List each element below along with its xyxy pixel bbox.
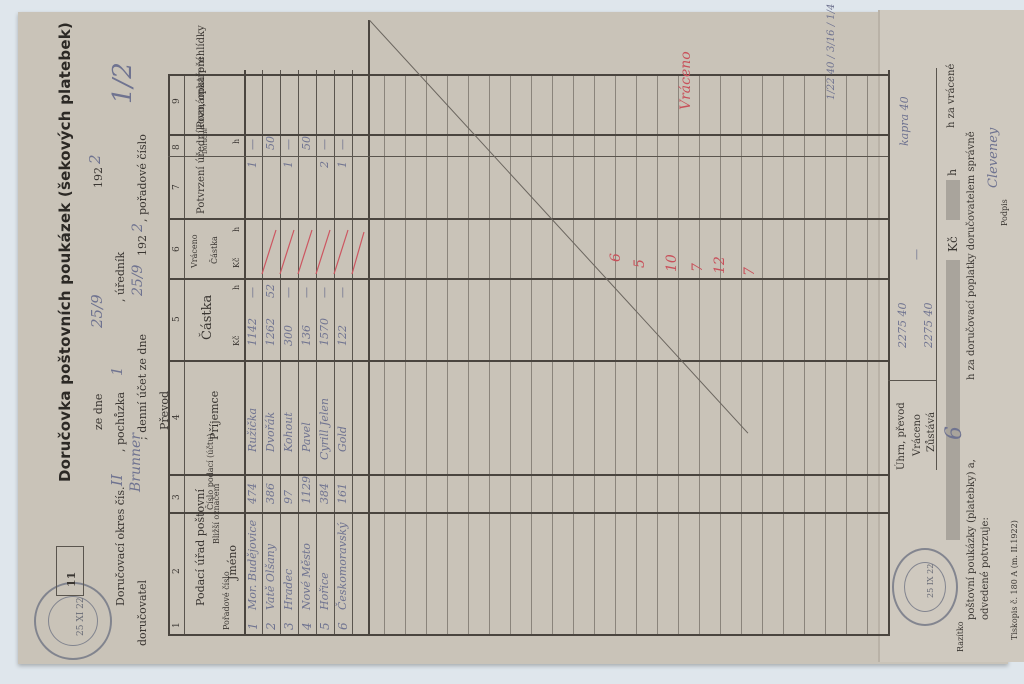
row-5-office: Hořice [318,572,331,610]
col-1-sep [168,634,888,636]
grid-line [783,74,784,634]
row-1-amount-h: — [246,287,259,298]
col-5-sub-h: h [232,285,241,290]
margin-notes: 1/22 40 / 3/16 / 1/4 [826,4,837,100]
year-value: 2 [86,154,104,164]
postmark-stamp-right: 25 IX 22 [892,548,958,626]
grid-line [489,74,490,634]
row-5-num: 5 [318,622,332,630]
row-6-amount-h: — [336,287,349,298]
denni-ucet-label: ; denní účet ze dne [136,334,149,440]
col-7-sep [168,156,888,157]
row-2-recipient: Dvořák [264,412,277,452]
col-2-num: 2 [172,568,182,574]
form-title: Doručovka poštovních poukázek (šekových … [56,22,74,482]
grid-line [468,74,469,634]
ze-dne-label: ze dne [92,394,105,430]
col-9-num: 9 [172,98,182,104]
row-3-amount: 300 [282,325,295,346]
row-2-acct: 386 [264,483,277,504]
red-strike-marks [258,226,368,276]
grid-line [804,74,805,634]
red-note-1: 6 [608,253,624,262]
grid-line [846,74,847,634]
denni-ucet-value: 25/9 [130,265,146,296]
summary-label-sep [888,380,936,381]
summary-kc-value: 6 [942,426,967,440]
row-line-5 [334,70,335,636]
col-3-label: Číslo podací (účtu) [206,434,215,510]
col-5-sep [168,278,888,280]
poradove-label: , pořadové číslo [136,134,149,222]
vraceno-value: — [910,249,923,260]
grid-line [636,74,637,634]
uhrn-label: Úhrn, převod [896,402,907,470]
row-4-office: Nové Město [300,543,313,610]
col-3-sep [168,474,888,476]
denni-year-value: 2 [130,223,146,232]
col-2-sub-jmeno: Jméno [226,545,239,580]
vraceno-label: Vráceno [912,414,923,456]
grid-line [615,74,616,634]
row-5-fee: 2 [318,161,331,168]
row-5-amount: 1570 [318,318,331,346]
okres-value: II [108,474,126,486]
col-3-num: 3 [172,494,182,500]
row-line-1 [262,70,263,636]
row-4-amount-h: — [300,287,313,298]
stamp-caption: Razítko [956,621,965,652]
col-8-sub-h: h [232,139,241,144]
row-1-fee: 1 [246,161,259,168]
summary-left-border [888,70,890,636]
summary-fee-label: kapra 40 [898,96,911,146]
row-6-amount: 122 [336,325,349,346]
row-line-3 [298,70,299,636]
col-9-label: Poznámka přehlídky [196,25,207,128]
row-5-amount-h: — [318,287,331,298]
statement-2: poštovní poukázky (platebky) a, [966,459,977,620]
row-4-recipient: Pavel [300,422,313,452]
statement-4: odvedené potvrzuje: [980,517,991,620]
row-3-num: 3 [282,622,296,630]
row-line-2 [280,70,281,636]
row-4-acct: 1129 [300,476,313,504]
col-5-num: 5 [172,316,182,322]
row-3-fee-h: — [282,139,295,150]
box-mark: 11 [56,546,84,596]
summary-kc-label: Kč [946,236,960,252]
poradove-value: 1/2 [108,62,138,104]
dorucovatel-value: Brunner [128,433,144,492]
col-6-sub-label: Částka [210,236,219,264]
grid-line [510,74,511,634]
row-4-fee-h: 50 [300,136,313,150]
row-1-amount: 1142 [246,318,259,346]
grid-line [426,74,427,634]
print-code: Tiskopis č. 180 A (m. II.1922) [1010,520,1019,640]
row-4-amount: 136 [300,325,313,346]
row-line-4 [316,70,317,636]
grid-line [678,74,679,634]
row-1-fee-h: — [246,139,259,150]
red-note-6: 7 [742,267,758,276]
col-6-sub-h: h [232,227,241,232]
red-note-4: 7 [690,263,706,272]
col-5-label: Částka [200,295,215,340]
row-line-6 [352,70,353,636]
row-6-fee-h: — [336,139,349,150]
col-8-num: 8 [172,144,182,150]
signature-label: Podpis [1000,199,1009,226]
row-1-recipient: Ružička [246,408,259,452]
row-6-recipient: Gold [336,426,349,452]
col-1-num: 1 [172,622,182,628]
row-1-office: Mor. Budějovice [246,520,259,610]
row-2-num: 2 [264,622,278,630]
denni-year-label: 192 [136,235,149,256]
red-note-vraceno: Vráceno [678,51,694,110]
col-4-top-prevod: Převod [158,391,171,430]
okres-label: Doručovací okres čís. [114,486,127,606]
row-5-acct: 384 [318,483,331,504]
row-6-num: 6 [336,622,350,630]
summary-inner-border [936,68,937,470]
grid-line [405,74,406,634]
grid-line [384,74,385,634]
red-note-2: 5 [632,259,648,268]
grid-line [762,74,763,634]
col-6-sub-kc: Kč [232,258,241,268]
row-6-office: Českomoravský [336,523,349,610]
col-6-sep [168,218,888,220]
col-4-num: 4 [172,414,182,420]
red-note-5: 12 [712,256,728,274]
summary-h-label: h [946,169,959,176]
col-1-label: Pořadové číslo [222,571,231,630]
shaded-box-kc [946,260,960,540]
pochuzka-value: 1 [108,366,126,376]
col-9-top [168,74,888,76]
uhrn-value: 2275 40 [896,303,909,349]
row-5-recipient: Cyrill Jelen [318,398,331,460]
grid-line [741,74,742,634]
grid-line [699,74,700,634]
dorucovatel-label: doručovatel [136,580,149,646]
col-4-sep [168,360,888,362]
row-1-num: 1 [246,622,260,630]
zustava-value: 2275 40 [922,303,935,349]
row-2-office: Vatě Olšany [264,544,277,610]
statement-3: h za doručovací poplatky doručovatelem s… [966,131,977,380]
grid-line [657,74,658,634]
statement-1: h za vrácené [946,64,957,128]
row-3-recipient: Kohout [282,412,295,452]
col-2-sep [168,512,888,514]
grid-line [573,74,574,634]
col-4-label: Příjemce [208,391,221,440]
ze-dne-value: 25/9 [88,294,106,328]
year-label: 192 [92,167,105,188]
grid-line [720,74,721,634]
urednik-label: , úředník [114,252,127,302]
row-3-office: Hradec [282,569,295,610]
red-note-3: 10 [664,254,680,272]
signature-value: Cleveney [986,128,1001,188]
row-4-num: 4 [300,622,314,630]
postal-form-paper [18,12,1008,664]
grid-line [552,74,553,634]
pochuzka-label: , pochůzka [114,392,127,452]
row-1-acct: 474 [246,483,259,504]
grid-line [447,74,448,634]
col-7-num: 7 [172,184,182,190]
shaded-box-h [946,180,960,220]
grid-line [594,74,595,634]
grid-line [867,74,868,634]
table-left-border [168,74,170,634]
row-3-amount-h: — [282,287,295,298]
table-right-rule [368,20,370,636]
row-2-amount-h: 52 [264,284,277,298]
row-2-amount: 1262 [264,318,277,346]
row-3-fee: 1 [282,161,295,168]
grid-line [531,74,532,634]
row-6-acct: 161 [336,483,349,504]
col-6-label: Vráceno [190,234,199,268]
row-3-acct: 97 [282,490,295,504]
row-6-fee: 1 [336,161,349,168]
col-8-label: Doručné [202,128,209,154]
row-5-fee-h: — [318,139,331,150]
grid-line [825,74,826,634]
col-6-num: 6 [172,246,182,252]
col-5-sub-kc: Kč [232,336,241,346]
col-num-line [184,74,185,634]
row-2-fee-h: 50 [264,136,277,150]
zustava-label: Zůstává [926,412,937,452]
